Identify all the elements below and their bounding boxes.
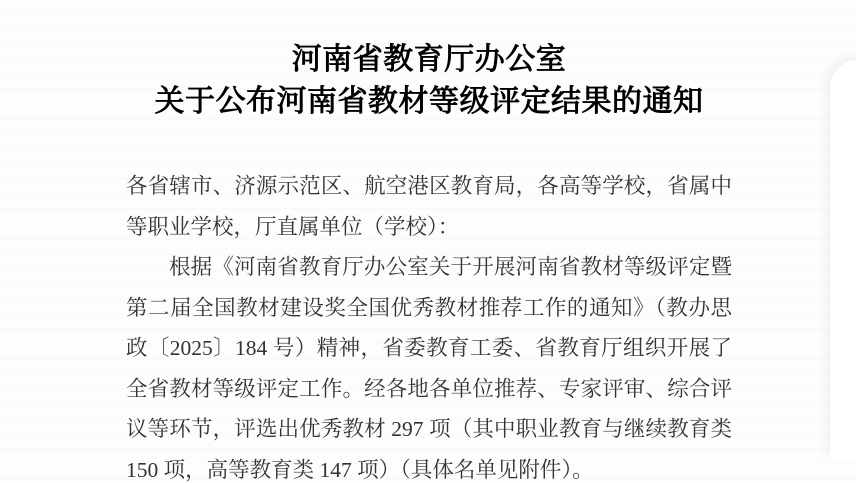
document-title-line-2: 关于公布河南省教材等级评定结果的通知 xyxy=(126,81,732,123)
document-title: 河南省教育厅办公室 关于公布河南省教材等级评定结果的通知 xyxy=(126,39,732,123)
document-title-line-1: 河南省教育厅办公室 xyxy=(126,39,732,81)
document-paragraph: 各省辖市、济源示范区、航空港区教育局，各高等学校，省属中等职业学校，厅直属单位（… xyxy=(126,166,732,247)
page-corner-overlay xyxy=(830,60,856,460)
document-page: 河南省教育厅办公室 关于公布河南省教材等级评定结果的通知 各省辖市、济源示范区、… xyxy=(0,0,856,483)
document-paragraph: 根据《河南省教育厅办公室关于开展河南省教材等级评定暨第二届全国教材建设奖全国优秀… xyxy=(126,247,732,483)
document-body: 各省辖市、济源示范区、航空港区教育局，各高等学校，省属中等职业学校，厅直属单位（… xyxy=(126,166,732,483)
document-content: 河南省教育厅办公室 关于公布河南省教材等级评定结果的通知 各省辖市、济源示范区、… xyxy=(126,39,732,483)
